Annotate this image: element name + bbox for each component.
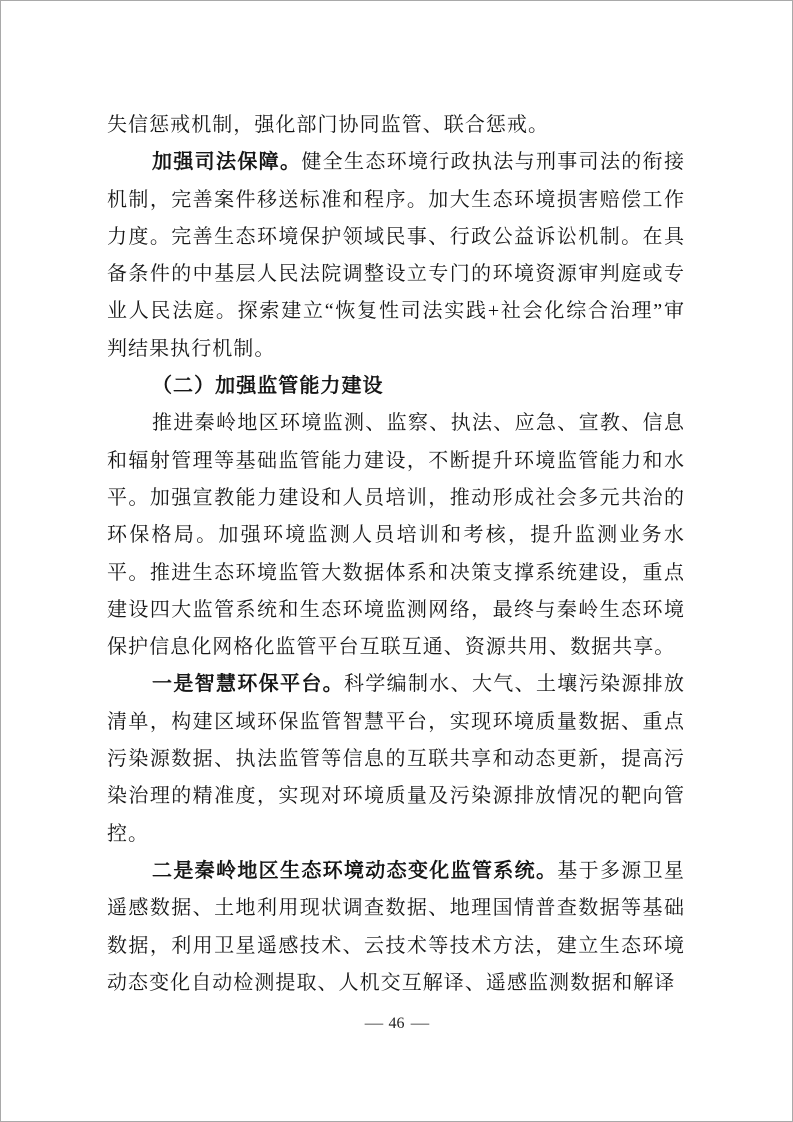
paragraph-continuation: 失信惩戒机制，强化部门协同监管、联合惩戒。: [107, 107, 685, 144]
footer-right-dash: —: [410, 1014, 428, 1034]
paragraph-judicial-guarantee: 加强司法保障。健全生态环境行政执法与刑事司法的衔接机制，完善案件移送标准和程序。…: [107, 144, 685, 368]
page-content: 失信惩戒机制，强化部门协同监管、联合惩戒。 加强司法保障。健全生态环境行政执法与…: [107, 107, 685, 1002]
footer-left-dash: —: [364, 1014, 382, 1034]
page-number: 46: [389, 1015, 405, 1032]
page-footer: —46—: [1, 1014, 792, 1034]
paragraph-dynamic-monitoring-system: 二是秦岭地区生态环境动态变化监管系统。基于多源卫星遥感数据、土地利用现状调查数据…: [107, 853, 685, 1002]
paragraph-text: 科学编制水、大气、土壤污染源排放清单，构建区域环保监管智慧平台，实现环境质量数据…: [107, 673, 685, 844]
paragraph-text: 失信惩戒机制，强化部门协同监管、联合惩戒。: [107, 114, 549, 136]
paragraph-bold-lead: 加强司法保障。: [152, 151, 301, 173]
paragraph-text: 推进秦岭地区环境监测、监察、执法、应急、宣教、信息和辐射管理等基础监管能力建设，…: [107, 412, 685, 658]
section-heading-text: （二）加强监管能力建设: [152, 375, 384, 397]
document-page: 失信惩戒机制，强化部门协同监管、联合惩戒。 加强司法保障。健全生态环境行政执法与…: [0, 0, 793, 1122]
paragraph-text: 健全生态环境行政执法与刑事司法的衔接机制，完善案件移送标准和程序。加大生态环境损…: [107, 151, 685, 359]
section-heading: （二）加强监管能力建设: [107, 368, 685, 405]
paragraph-bold-lead: 一是智慧环保平台。: [152, 673, 344, 695]
paragraph-smart-platform: 一是智慧环保平台。科学编制水、大气、土壤污染源排放清单，构建区域环保监管智慧平台…: [107, 666, 685, 852]
paragraph-supervision-capacity: 推进秦岭地区环境监测、监察、执法、应急、宣教、信息和辐射管理等基础监管能力建设，…: [107, 405, 685, 666]
paragraph-bold-lead: 二是秦岭地区生态环境动态变化监管系统。: [152, 860, 557, 882]
